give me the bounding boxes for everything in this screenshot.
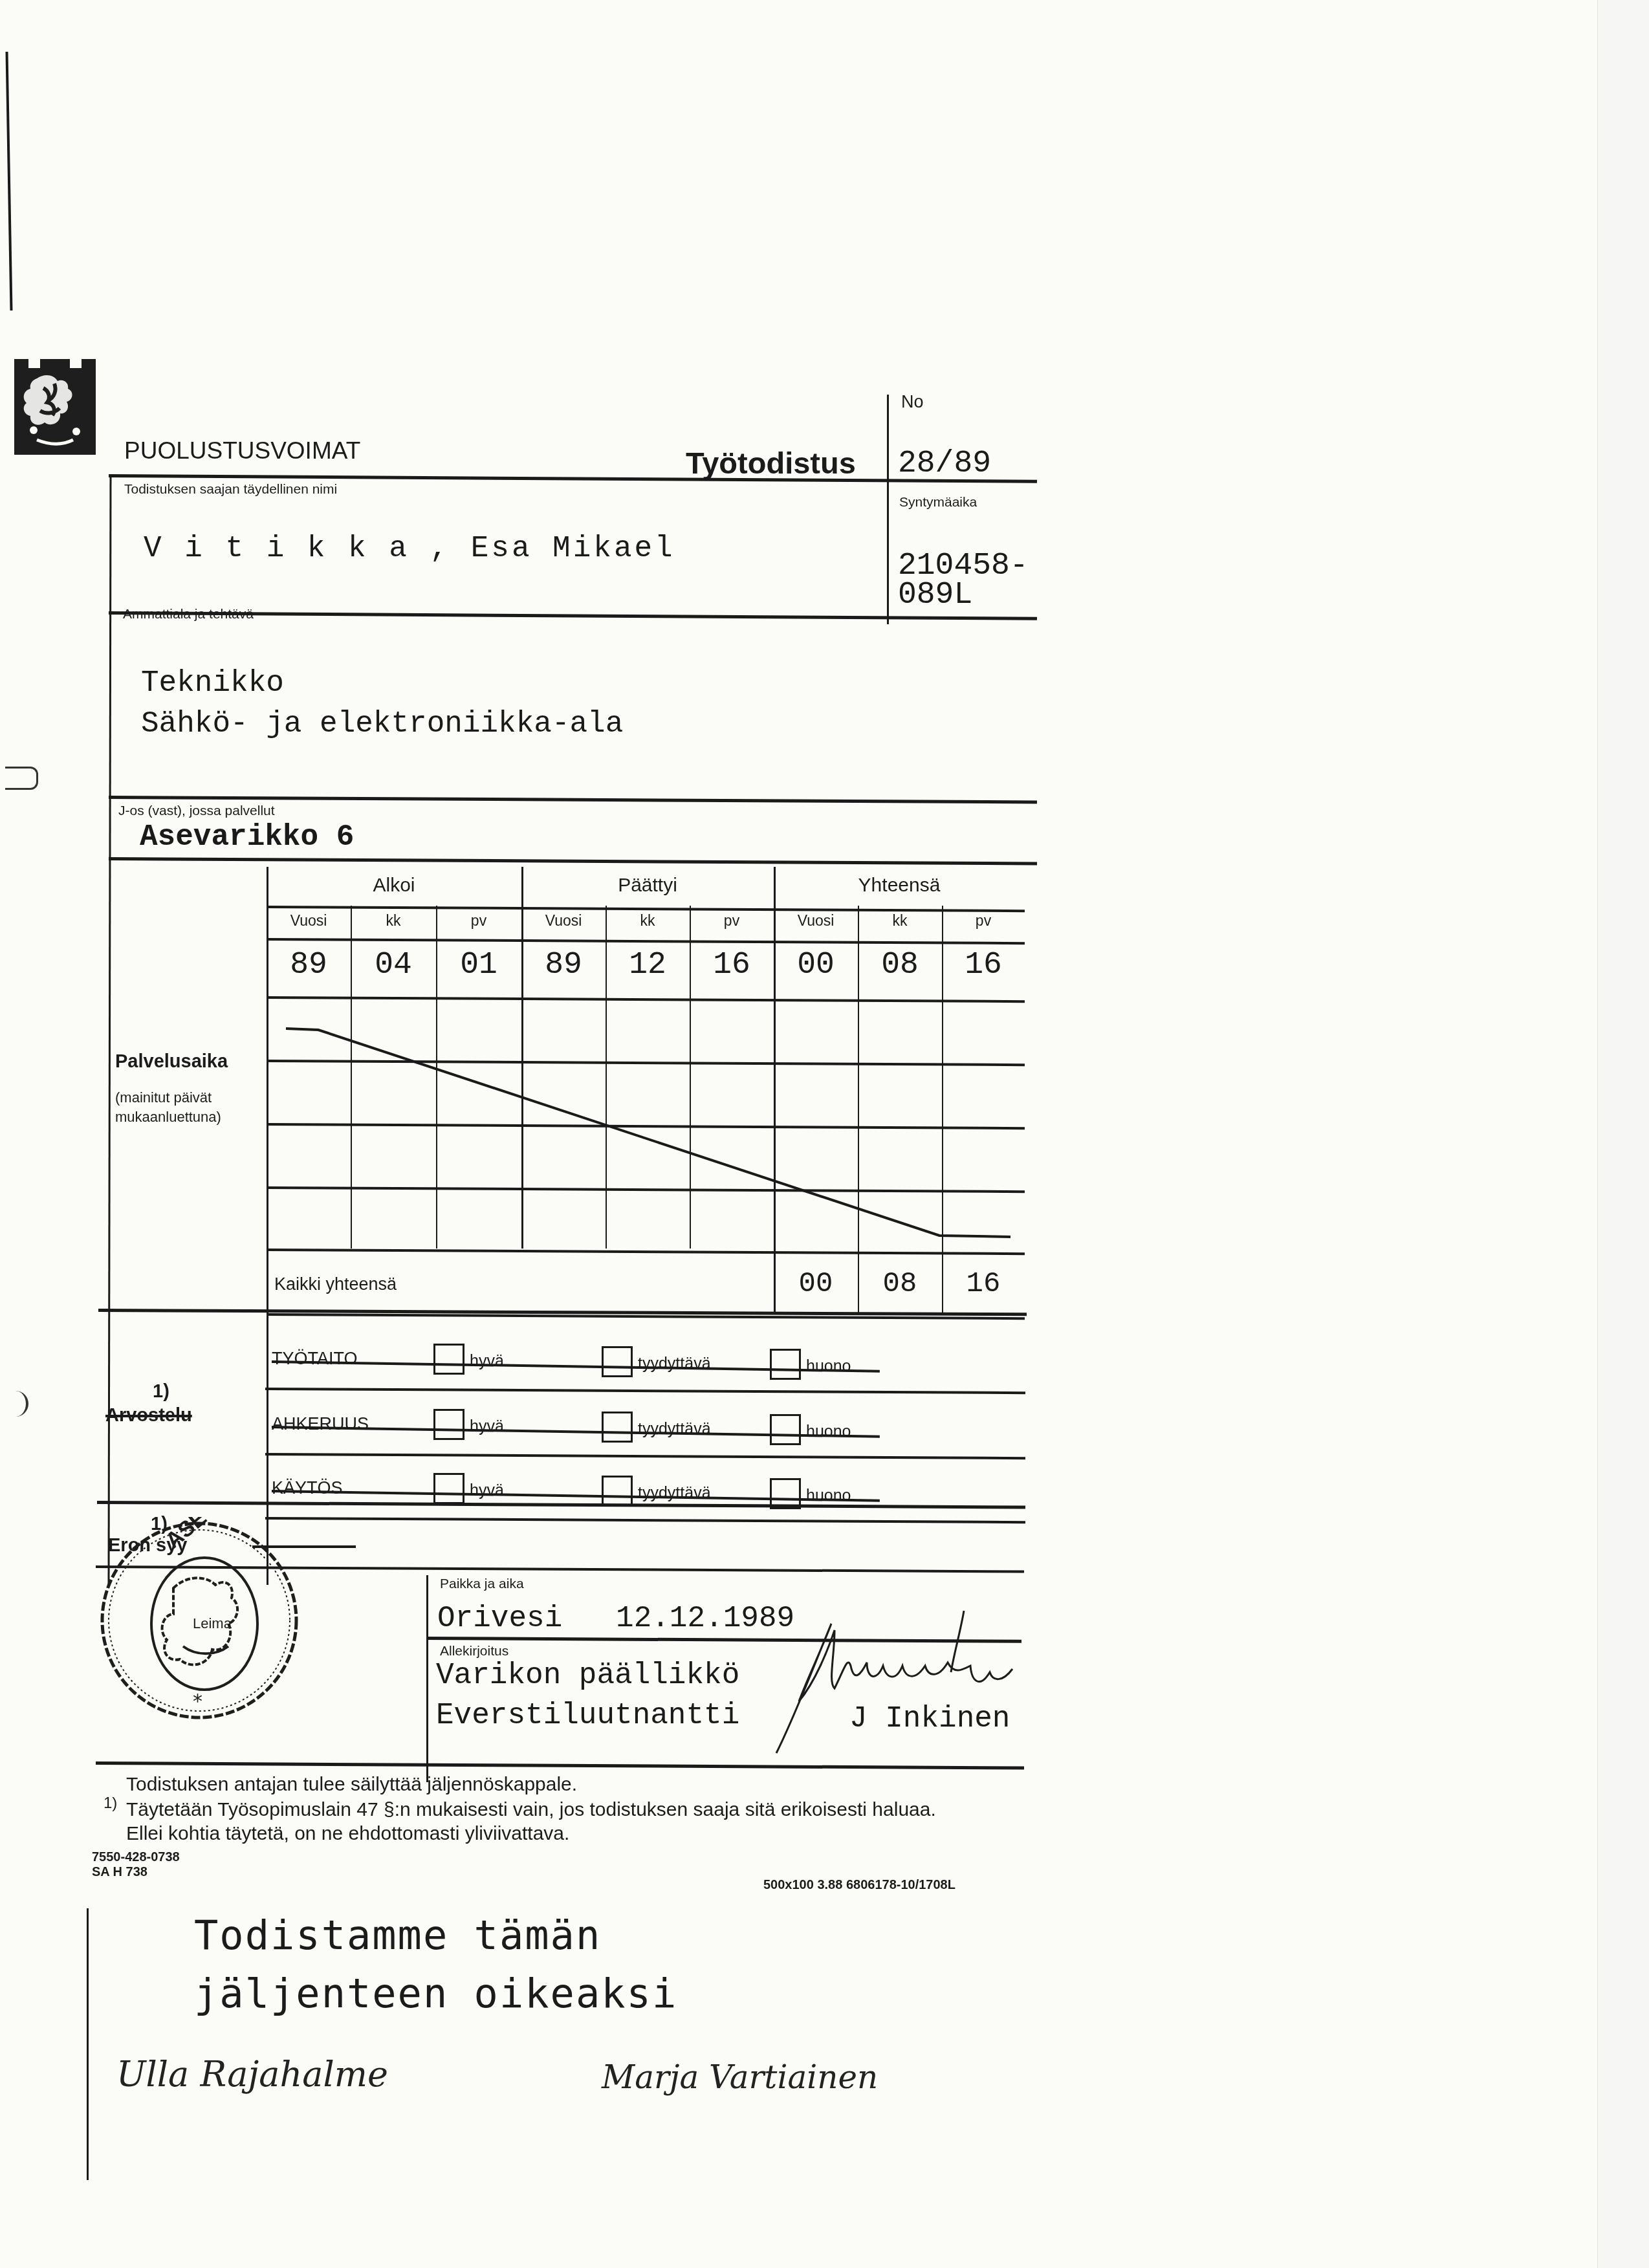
certifier-signature-1: Ulla Rajahalme: [116, 2054, 388, 2095]
rating-option-label: tyydyttävä: [638, 1355, 711, 1373]
rating-checkbox-huono[interactable]: [770, 1414, 801, 1445]
certification-line-2: jäljenteen oikeaksi: [194, 1970, 677, 2017]
rating-footnote-marker: 1): [153, 1381, 169, 1402]
occupation-label: Ammattiala ja tehtävä: [123, 607, 254, 622]
rating-checkbox-hyvä[interactable]: [433, 1409, 464, 1440]
rating-row-rule: [265, 1453, 1025, 1459]
name-field-label: Todistuksen saajan täydellinen nimi: [124, 482, 337, 497]
signature-box-divider: [426, 1575, 428, 1782]
rating-option-label: tyydyttävä: [638, 1484, 711, 1503]
rating-checkbox-tyydyttävä[interactable]: [602, 1346, 633, 1377]
rating-option-label: hyvä: [470, 1352, 504, 1371]
margin-line-top: [6, 52, 13, 311]
certificate-number: 28/89: [898, 446, 991, 481]
scan-edge: [1597, 0, 1649, 2268]
rating-checkbox-huono[interactable]: [770, 1349, 801, 1380]
margin-line-bottom: [87, 1908, 89, 2180]
birth-date-label: Syntymäaika: [899, 495, 977, 510]
rating-option-label: huono: [806, 1423, 851, 1441]
footnote-marker: 1): [104, 1794, 117, 1813]
finnish-lion-coat-of-arms-icon: [14, 359, 96, 455]
signature-label: Allekirjoitus: [440, 1644, 508, 1659]
rating-option-label: hyvä: [470, 1481, 504, 1500]
rule-termination-top: [97, 1501, 1025, 1509]
rating-option-label: tyydyttävä: [638, 1420, 711, 1439]
rating-checkbox-tyydyttävä[interactable]: [602, 1412, 633, 1443]
signer-title-2: Everstiluutnantti: [436, 1699, 739, 1732]
footnote-line-1: Todistuksen antajan tulee säilyttää jälj…: [126, 1774, 577, 1796]
document-title: Työtodistus: [686, 445, 856, 481]
svg-text:Leima: Leima: [193, 1615, 232, 1631]
margin-mark-hole: [0, 1391, 28, 1417]
rule-unit-top: [109, 796, 1037, 804]
rating-option-label: hyvä: [470, 1417, 504, 1436]
rule-service-top: [109, 857, 1037, 866]
service-time-table: AlkoiPäättyiYhteensäVuosikkpvVuosikkpvVu…: [267, 867, 1030, 1320]
rating-checkbox-hyvä[interactable]: [433, 1344, 464, 1375]
official-seal-stamp-icon: ASEVARIKKO 6 Leima *: [96, 1517, 303, 1724]
svg-text:*: *: [193, 1690, 202, 1713]
birth-date-line2: 089L: [898, 578, 972, 613]
handwritten-signature-icon: [770, 1604, 1029, 1760]
rating-checkbox-hyvä[interactable]: [433, 1473, 464, 1504]
rating-option-label: huono: [806, 1357, 851, 1376]
rule-form-bottom: [96, 1761, 1024, 1770]
certifier-signature-2: Marja Vartiainen: [602, 2058, 878, 2096]
occupation-field: Sähkö- ja elektroniikka-ala: [141, 707, 623, 741]
rating-option-label: huono: [806, 1487, 851, 1505]
rating-category: AHKERUUS: [272, 1414, 369, 1434]
form-code-2: SA H 738: [92, 1865, 147, 1880]
print-code: 500x100 3.88 6806178-10/1708L: [763, 1878, 956, 1893]
empty-rows-strike-line: [267, 867, 1025, 1320]
rating-checkbox-tyydyttävä[interactable]: [602, 1476, 633, 1507]
footnote-line-3: Ellei kohtia täytetä, on ne ehdottomasti…: [126, 1823, 569, 1845]
margin-mark-hole: [5, 767, 38, 790]
number-label: No: [901, 392, 924, 412]
signer-title-1: Varikon päällikkö: [436, 1659, 739, 1692]
organization-name: PUOLUSTUSVOIMAT: [124, 437, 360, 464]
service-section-note: (mainitut päivät mukaanluettuna): [115, 1088, 251, 1127]
place-date-label: Paikka ja aika: [440, 1576, 524, 1592]
number-column-divider: [887, 395, 889, 624]
unit-label: J-os (vast), jossa palvellut: [118, 803, 275, 819]
form-code-1: 7550-428-0738: [92, 1850, 180, 1865]
occupation-title: Teknikko: [141, 666, 284, 700]
service-section-label: Palvelusaika: [115, 1051, 228, 1073]
rating-label: Arvostelu: [105, 1405, 192, 1426]
certification-line-1: Todistamme tämän: [194, 1912, 601, 1959]
rating-category: KÄYTÖS: [272, 1478, 343, 1498]
recipient-name: V i t i k k a , Esa Mikael: [144, 532, 675, 565]
rating-row-rule: [265, 1517, 1025, 1523]
unit-value: Asevarikko 6: [140, 820, 354, 854]
footnote-line-2: Täytetään Työsopimuslain 47 §:n mukaises…: [126, 1799, 936, 1821]
place-date-value: Orivesi 12.12.1989: [437, 1602, 794, 1635]
rating-row-rule: [265, 1388, 1025, 1394]
rating-category: TYÖTAITO: [272, 1349, 358, 1369]
